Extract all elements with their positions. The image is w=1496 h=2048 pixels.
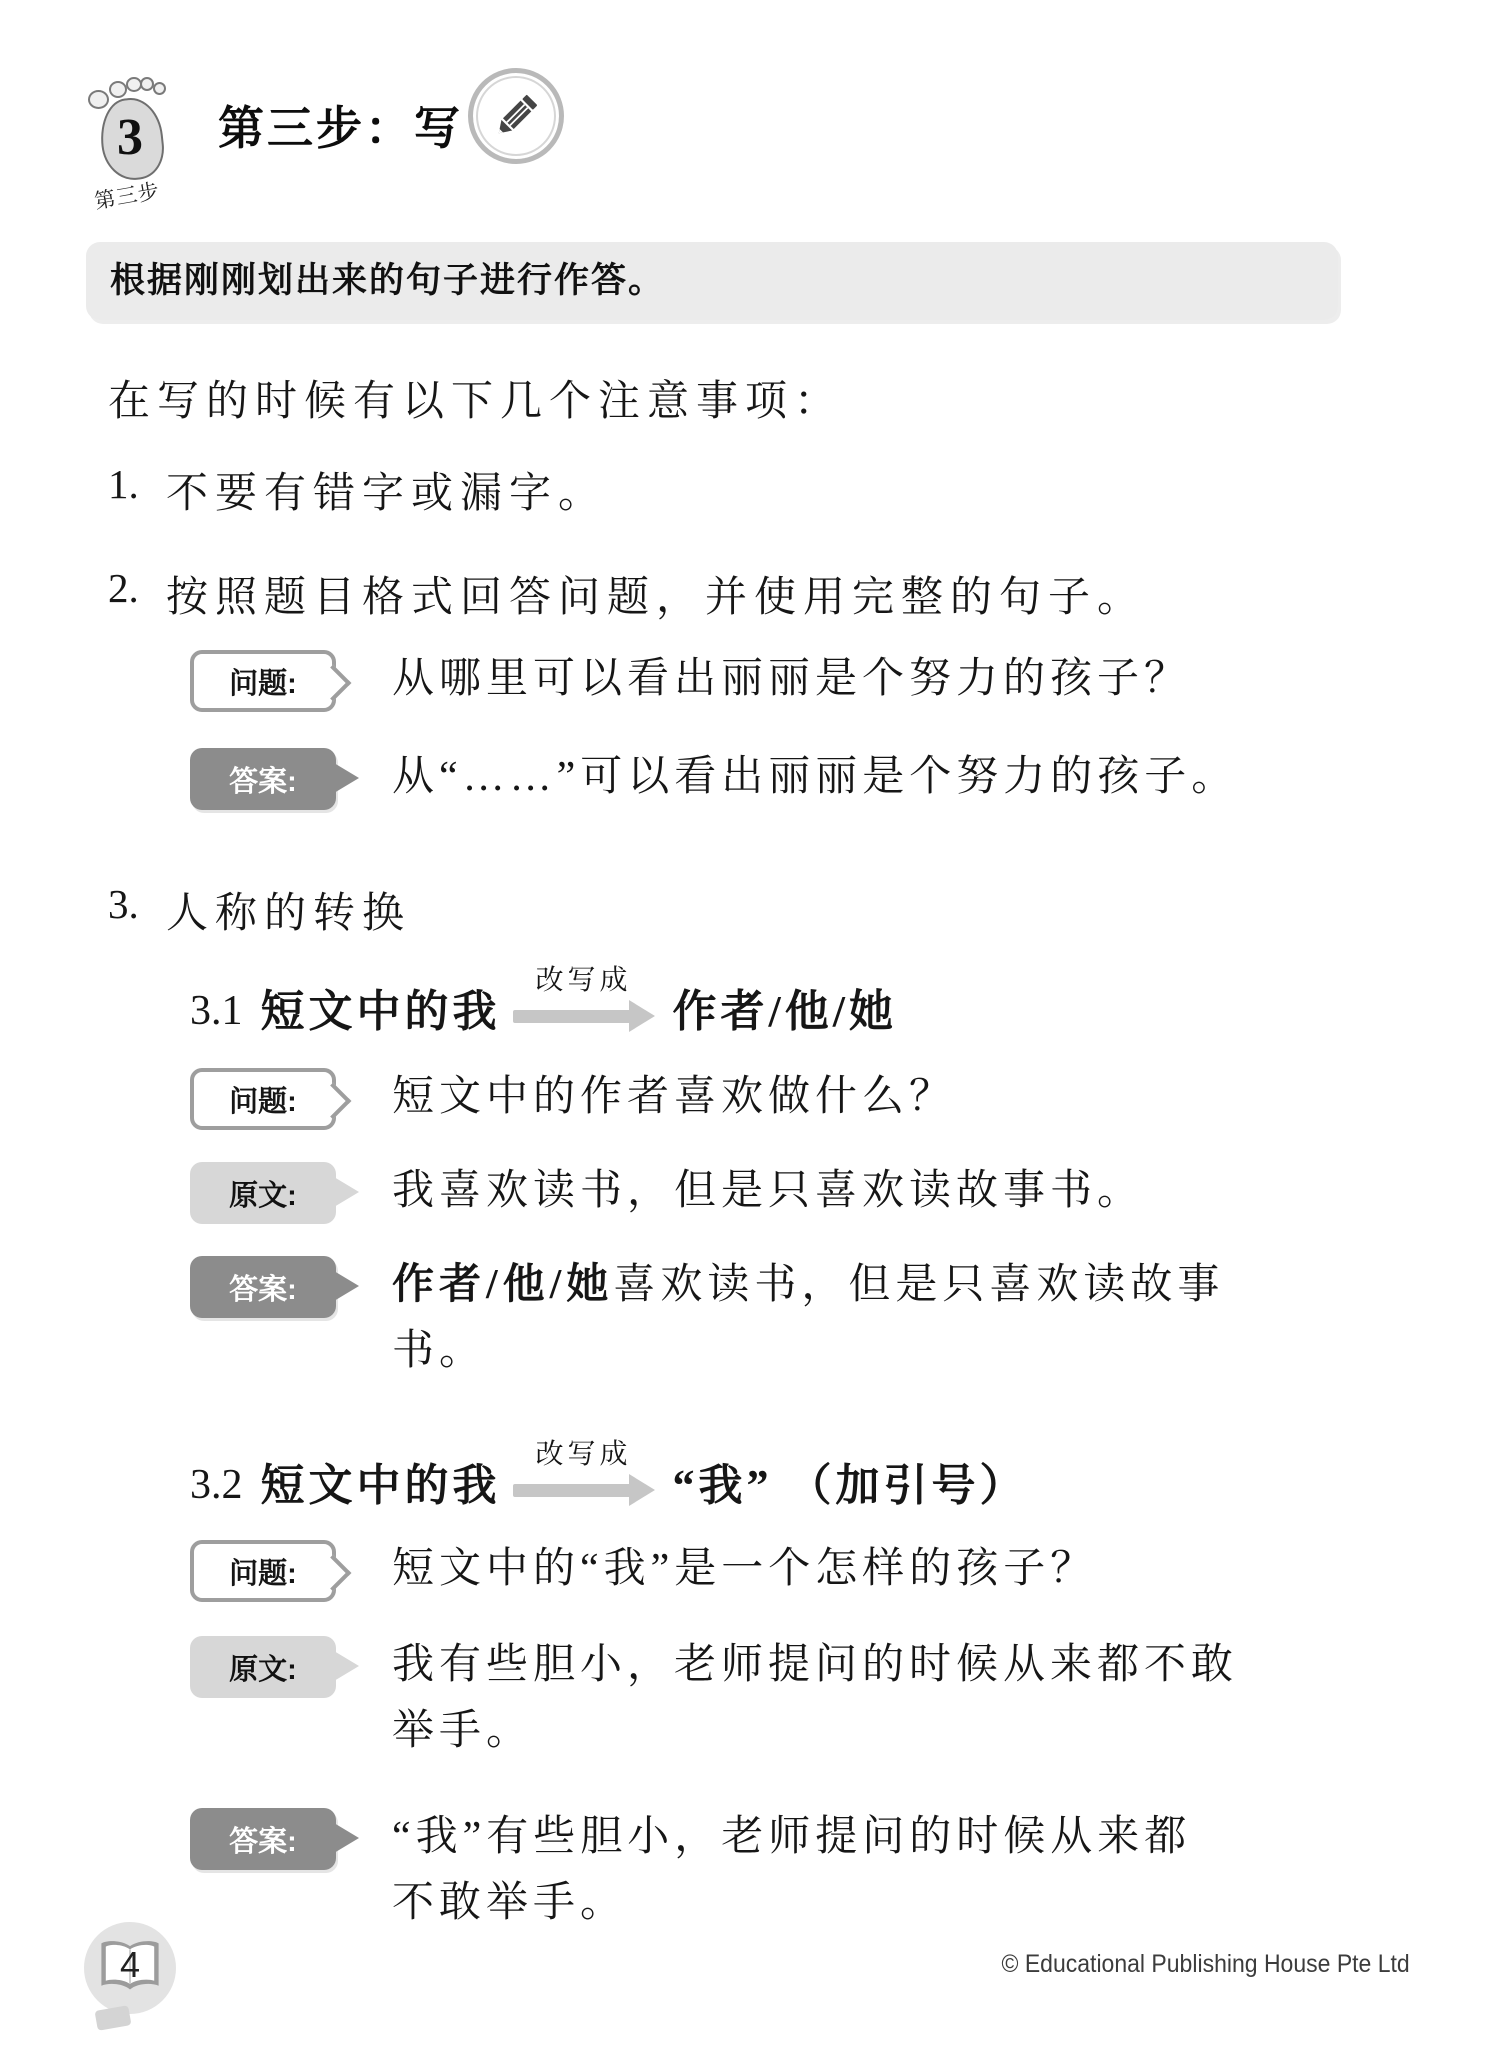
bubble-tail-icon [334, 1271, 359, 1301]
subsection-from-text: 短文中的我 [261, 1461, 501, 1512]
answer-text: 作者/他/她喜欢读书，但是只喜欢读故事 书。 [392, 1252, 1432, 1384]
sub1-source-row: 原文: 我喜欢读书，但是只喜欢读故事书。 [190, 1162, 1432, 1224]
section3-heading: 3. 人称的转换 [108, 880, 411, 940]
intro-line: 在写的时候有以下几个注意事项： [108, 368, 843, 428]
answer-label-bubble: 答案: [190, 1808, 336, 1870]
list-item-2: 2. 按照题目格式回答问题，并使用完整的句子。 [108, 564, 1146, 624]
answer-bold-part: 作者/他/她 [392, 1262, 613, 1308]
question-label: 问题: [229, 1079, 297, 1120]
sub2-question-row: 问题: 短文中的“我”是一个怎样的孩子？ [190, 1540, 1432, 1602]
instruction-banner-text: 根据刚刚划出来的句子进行作答。 [86, 242, 1338, 320]
bubble-tail-icon [334, 763, 359, 793]
question-text: 短文中的“我”是一个怎样的孩子？ [392, 1536, 1432, 1602]
rewrite-arrow-label: 改写成 [535, 958, 631, 998]
page-number: 4 [84, 1944, 176, 1986]
item-text: 按照题目格式回答问题，并使用完整的句子。 [166, 564, 1146, 624]
source-label: 原文: [229, 1173, 297, 1214]
page-title: 第三步：写 [218, 92, 463, 158]
question-text: 短文中的作者喜欢做什么？ [392, 1064, 1432, 1130]
source-label: 原文: [229, 1647, 297, 1688]
rewrite-arrow: 改写成 [513, 958, 655, 1032]
footprint-toe-icon [109, 81, 127, 98]
rewrite-arrow-label: 改写成 [535, 1432, 631, 1472]
subsection-to-text: “我” （加引号） [673, 1461, 1028, 1512]
step-footprint-icon: 3 第三步 [88, 76, 184, 206]
sub2-answer-row: 答案: “我”有些胆小，老师提问的时候从来都 不敢举手。 [190, 1808, 1432, 1936]
subsection-from-text: 短文中的我 [261, 987, 501, 1038]
source-label-bubble: 原文: [190, 1162, 336, 1224]
item-number: 1. [108, 460, 166, 508]
subsection-number: 3.2 [190, 1461, 243, 1512]
question-label: 问题: [229, 1551, 297, 1592]
textbook-page: 3 第三步 第三步：写 根据刚刚划出来的句子进行作答。 在写的时候有以下几个注意… [0, 0, 1496, 2048]
bubble-tail-icon [334, 1177, 359, 1207]
bubble-tail-icon [315, 1083, 352, 1120]
answer-text: “我”有些胆小，老师提问的时候从来都 不敢举手。 [392, 1804, 1432, 1936]
section-number: 3. [108, 880, 166, 928]
section-title: 人称的转换 [166, 880, 411, 940]
instruction-banner: 根据刚刚划出来的句子进行作答。 [86, 242, 1338, 320]
right-arrow-icon [513, 1474, 655, 1506]
footprint-toe-icon [140, 77, 154, 91]
answer-text: 从“……”可以看出丽丽是个努力的孩子。 [392, 744, 1432, 810]
question-label-bubble: 问题: [190, 650, 336, 712]
bubble-tail-icon [315, 1555, 352, 1592]
question-label: 问题: [229, 661, 297, 702]
copyright-text: © Educational Publishing House Pte Ltd [1002, 1950, 1410, 1979]
pencil-badge [468, 68, 564, 164]
footprint-toe-icon [153, 82, 166, 95]
subsection-3-2-heading: 3.2 短文中的我 改写成 “我” （加引号） [190, 1432, 1028, 1512]
source-label-bubble: 原文: [190, 1636, 336, 1698]
pencil-icon [490, 90, 542, 142]
example1-answer-row: 答案: 从“……”可以看出丽丽是个努力的孩子。 [190, 748, 1432, 810]
bubble-tail-icon [334, 1823, 359, 1853]
answer-label-bubble: 答案: [190, 748, 336, 810]
answer-label-bubble: 答案: [190, 1256, 336, 1318]
source-text: 我有些胆小，老师提问的时候从来都不敢 举手。 [392, 1632, 1432, 1764]
sub2-source-row: 原文: 我有些胆小，老师提问的时候从来都不敢 举手。 [190, 1636, 1432, 1764]
question-label-bubble: 问题: [190, 1068, 336, 1130]
page-badge-tab [95, 2005, 132, 2031]
rewrite-arrow: 改写成 [513, 1432, 655, 1506]
list-item-1: 1. 不要有错字或漏字。 [108, 460, 607, 520]
page-number-badge: 4 [84, 1922, 176, 2014]
answer-label: 答案: [229, 759, 297, 800]
subsection-to-text: 作者/他/她 [673, 987, 897, 1038]
question-label-bubble: 问题: [190, 1540, 336, 1602]
bubble-tail-icon [334, 1651, 359, 1681]
source-text: 我喜欢读书，但是只喜欢读故事书。 [392, 1158, 1432, 1224]
step-caption: 第三步 [92, 174, 162, 215]
answer-label: 答案: [229, 1819, 297, 1860]
bubble-tail-icon [315, 665, 352, 702]
step-number: 3 [101, 100, 159, 174]
subsection-3-1-heading: 3.1 短文中的我 改写成 作者/他/她 [190, 958, 897, 1038]
example1-question-row: 问题: 从哪里可以看出丽丽是个努力的孩子？ [190, 650, 1432, 712]
item-text: 不要有错字或漏字。 [166, 460, 607, 520]
right-arrow-icon [513, 1000, 655, 1032]
sub1-answer-row: 答案: 作者/他/她喜欢读书，但是只喜欢读故事 书。 [190, 1256, 1432, 1384]
item-number: 2. [108, 564, 166, 612]
question-text: 从哪里可以看出丽丽是个努力的孩子？ [392, 646, 1432, 712]
sub1-question-row: 问题: 短文中的作者喜欢做什么？ [190, 1068, 1432, 1130]
answer-label: 答案: [229, 1267, 297, 1308]
subsection-number: 3.1 [190, 987, 243, 1038]
